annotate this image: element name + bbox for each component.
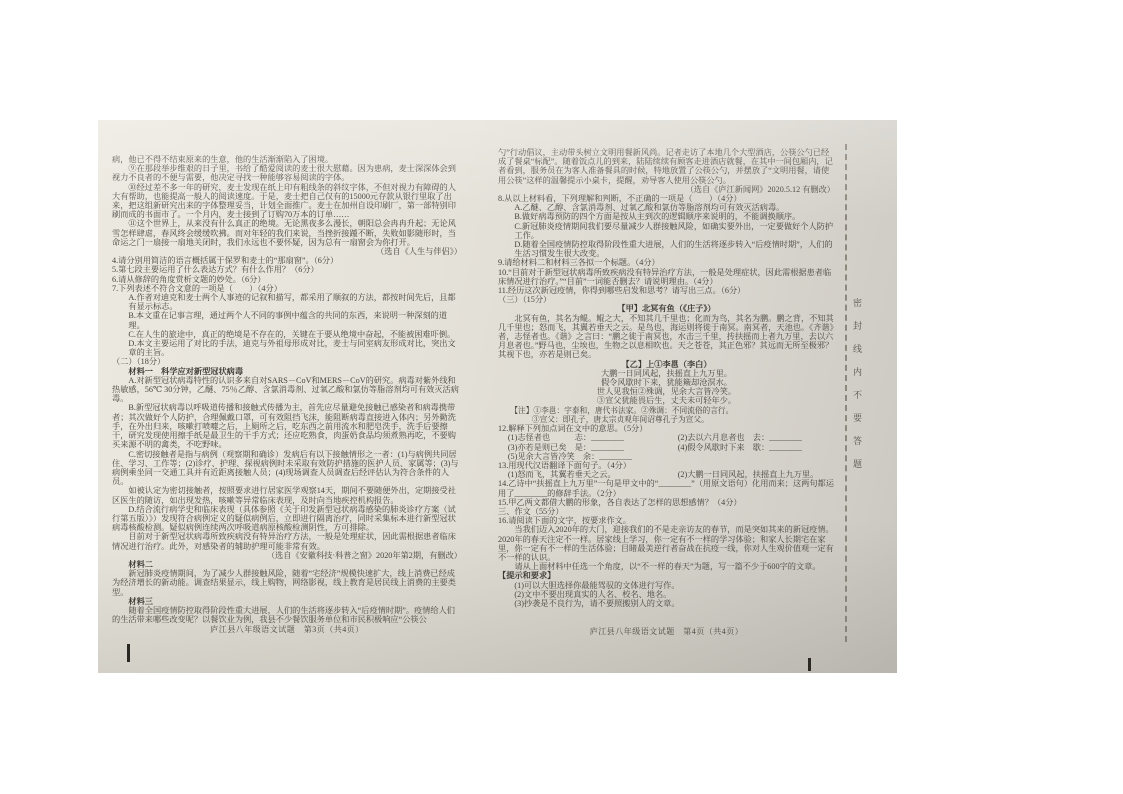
- text-line: ③宣父：即孔子，唐太宗贞观年间诏尊孔子为宣父。: [498, 415, 835, 424]
- text-line: (2)去以六月息者也 去：________: [678, 433, 835, 442]
- text-line: D.随着全国疫情防控取得阶段性重大进展，人们的生活将逐步转入“后疫情时期”，人们…: [498, 240, 835, 258]
- text-line: 材料二: [112, 560, 462, 569]
- text-line: 5.第七段主要运用了什么表达方式？有什么作用？（6分）: [112, 265, 462, 274]
- text-line: 6.请从修辞的角度赏析文题的妙处。（6分）: [112, 275, 462, 284]
- text-line: 10.“目前对于新型冠状病毒所致疾病没有特异治疗方法，一般是处理症状，因此需根据…: [498, 268, 835, 286]
- text-line: 16.请阅读下面的文字，按要求作文。: [498, 516, 835, 525]
- text-line: [678, 452, 835, 461]
- screenshot-root: { "document": { "binding_note": "密封线内不要答…: [0, 0, 1123, 794]
- text-line: D.本文主要运用了对比的手法，迪克与外祖母形成对比，麦士与同室病友形成对比，突出…: [112, 339, 462, 357]
- text-line: （选自《庐江新闻网》2020.5.12 有删改）: [498, 185, 835, 194]
- text-line: 9.请给材料二和材料三各拟一个标题。（4分）: [498, 258, 835, 267]
- text-line: (3)抄袭是不良行为，请不要照搬别人的文章。: [498, 599, 835, 608]
- text-line: 13.用现代汉语翻译下面句子。（4分）: [498, 461, 835, 470]
- text-line: B.新型冠状病毒以呼吸道传播和接触式传播为主，首先应尽量避免接触已感染者和病毒携…: [112, 403, 462, 449]
- text-line: 【乙】上①李邕（李白）: [498, 360, 835, 369]
- text-line: A.作者对迪克和麦士两个人事迹的记叙和描写，都采用了顺叙的方法，都按时间先后，且…: [112, 293, 462, 311]
- text-line: C.密切接触者是指与病例（观察期和确诊）发病后有以下接触情形之一者：(1)与病例…: [112, 450, 462, 487]
- text-line: 当我们迈入2020年的大门，迎接我们的不是走亲访友的春节，而是突如其来的新冠疫情…: [498, 525, 835, 562]
- text-line: B.做好病毒预防的四个方面是按从主到次的逻辑顺序来说明的，不能调换顺序。: [498, 212, 835, 221]
- text-line: (1)可以大胆选择你最能驾驭的文体进行写作。: [498, 581, 835, 590]
- text-line: ⑨在那段举步维艰的日子里，书给了酷爱阅读的麦士很大慰藉。因为患病，麦士深深体会到…: [112, 164, 462, 182]
- text-line: (5)见余大言皆冷笑 余：________: [508, 452, 678, 461]
- text-line: (3)亦若是则已矣 是：________(4)假令风歇时下来 歇：_______…: [498, 443, 835, 452]
- text-line: 【注】①李邕：字泰和，唐代书法家。②殊调：不同流俗的言行。: [498, 406, 835, 415]
- registration-mark-right: [808, 658, 811, 671]
- text-line: 假令风歇时下来，犹能簸却沧溟水。: [498, 378, 835, 387]
- text-line: 7.下列表述不符合文意的一项是（ ）（4分）: [112, 284, 462, 293]
- text-line: 【甲】北冥有鱼（《庄子》）: [498, 304, 835, 313]
- text-line: C.新冠肺炎疫情期间我们要尽量减少人群接触风险，如确实要外出，一定要做好个人防护…: [498, 222, 835, 240]
- page3-column: 病，他已不得不结束原来的生意，他的生活渐渐陷入了困境。⑨在那段举步维艰的日子里，…: [112, 155, 462, 624]
- text-line: (4)假令风歇时下来 歇：________: [678, 443, 835, 452]
- text-line: (1)怒而飞，其翼若垂天之云。: [508, 470, 678, 479]
- text-line: (2)大鹏一日同风起，扶摇直上九万里。: [678, 470, 835, 479]
- text-line: (1)志怪者也 志：________: [508, 433, 678, 442]
- text-line: （二）（18分）: [112, 357, 462, 366]
- text-line: 目前对于新型冠状病毒所致疾病没有特异治疗方法，一般是处理症状，因此需根据患者临床…: [112, 532, 462, 550]
- text-line: (2)文中不要出现真实的人名、校名、地名。: [498, 590, 835, 599]
- text-line: ③宣父犹能畏后生，丈夫未可轻年少。: [498, 396, 835, 405]
- text-line: B.本文重在记事言理，通过两个人不同的事例中蕴含的共同的东西，来说明一种深刻的道…: [112, 311, 462, 329]
- binding-note: 密封线内不要答题: [851, 298, 864, 482]
- text-line: (3)亦若是则已矣 是：________: [508, 443, 678, 452]
- binding-dashed-line: [845, 144, 847, 642]
- text-line: 8.从以上材料看，下列理解和判断，不正确的一项是（ ）（4分）: [498, 194, 835, 203]
- text-line: 大鹏一日同风起，扶摇直上九万里。: [498, 369, 835, 378]
- text-line: 病，他已不得不结束原来的生意，他的生活渐渐陷入了困境。: [112, 155, 462, 164]
- text-line: 北冥有鱼，其名为鲲。鲲之大，不知其几千里也；化而为鸟，其名为鹏。鹏之背，不知其几…: [498, 314, 835, 360]
- text-line: D.结合流行病学史和临床表现（具体参照《关于印发新型冠状病毒感染的肺炎诊疗方案（…: [112, 505, 462, 533]
- exam-paper-photo: 病，他已不得不结束原来的生意，他的生活渐渐陷入了困境。⑨在那段举步维艰的日子里，…: [98, 120, 897, 673]
- text-line: 请从上面材料中任选一个角度，以“不一样的春天”为题，写一篇不少于600字的文章。: [498, 562, 835, 571]
- text-line: （选自《安徽科技·科普之窗》2020年第2期，有删改）: [112, 551, 462, 560]
- text-line: 14.乙诗中“扶摇直上九万里”一句是甲文中的“________”（用原文语句）化…: [498, 479, 835, 497]
- text-line: 12.解释下列加点词在文中的意思。（5分）: [498, 424, 835, 433]
- text-line: ⑪这个世界上，从来没有什么真正的绝境。无论黑夜多么漫长，朝阳总会冉冉升起；无论风…: [112, 219, 462, 247]
- page3-footer: 庐江县八年级语文试题 第3页（共4页）: [112, 624, 462, 635]
- text-line: 如被认定为密切接触者，按照要求进行居家医学观察14天，期间不要随便外出，定期接受…: [112, 486, 462, 504]
- text-line: 随着全国疫情防控取得阶段性重大进展，人们的生活将逐步转入“后疫情时期”。疫情给人…: [112, 606, 462, 624]
- text-line: 11.经历这次新冠疫情，你得到哪些启发和思考？请写出三点。（6分）: [498, 286, 835, 295]
- text-line: 【提示和要求】: [498, 571, 835, 580]
- text-line: ⑩经过差不多一年的研究，麦士发现在纸上印有粗线条的斜纹字体，不但对视力有障碍的人…: [112, 183, 462, 220]
- text-line: （选自《人生与伴侣》）: [112, 247, 462, 256]
- text-line: A.对新型冠状病毒特性的认识多来自对SARS－CoV和MERS－CoV的研究。病…: [112, 376, 462, 404]
- text-line: (1)志怪者也 志：________(2)去以六月息者也 去：________: [498, 433, 835, 442]
- text-line: 材料三: [112, 597, 462, 606]
- text-line: 新冠肺炎疫情期间，为了减少人群接触风险，随着“宅经济”规模快速扩大，线上消费已经…: [112, 569, 462, 597]
- text-line: (5)见余大言皆冷笑 余：________: [498, 452, 835, 461]
- registration-mark-left: [127, 644, 130, 662]
- text-line: 勺”行动倡议，主动带头树立文明用餐新风尚。记者走访了本地几个大型酒店，公筷公勺已…: [498, 148, 835, 185]
- text-line: 15.甲乙两文都借大鹏的形象，各自表达了怎样的思想感情？（4分）: [498, 498, 835, 507]
- page4-column: 勺”行动倡议，主动带头树立文明用餐新风尚。记者走访了本地几个大型酒店，公筷公勺已…: [498, 148, 835, 608]
- text-line: (1)怒而飞，其翼若垂天之云。(2)大鹏一日同风起，扶摇直上九万里。: [498, 470, 835, 479]
- page4-footer: 庐江县八年级语文试题 第4页（共4页）: [498, 626, 835, 637]
- text-line: C.在人生的旅途中，真正的绝境是不存在的，关键在于要从绝境中奋起，不能被困难吓倒…: [112, 330, 462, 339]
- text-line: 三、作文（55分）: [498, 507, 835, 516]
- text-line: 材料一 科学应对新型冠状病毒: [112, 367, 462, 376]
